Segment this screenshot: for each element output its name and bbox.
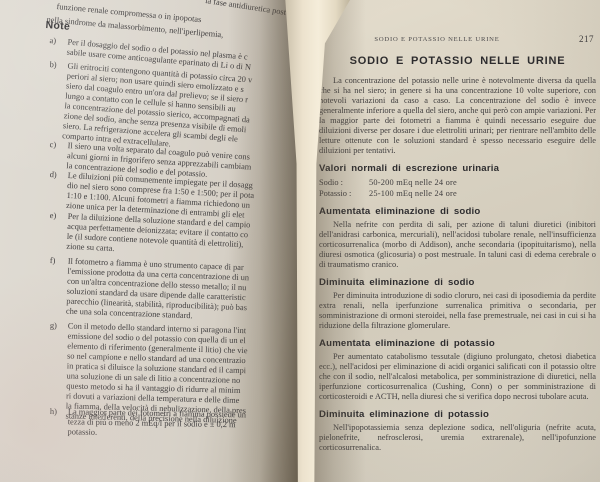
value-row-potassium: Potassio : 25-100 mEq nelle 24 ore (319, 188, 596, 199)
running-header: SODIO E POTASSIO NELLE URINE (318, 36, 556, 43)
section-heading-increased-sodium: Aumentata eliminazione di sodio (319, 207, 596, 217)
section-paragraph: Nell'ipopotassiemia senza deplezione sod… (319, 423, 596, 453)
page-number: 217 (579, 34, 594, 44)
note-item-label: h) (50, 407, 57, 417)
section-paragraph: Per aumentato catabolismo tessutale (dig… (319, 352, 596, 402)
note-item-label: g) (50, 321, 57, 331)
note-item-label: d) (49, 170, 57, 180)
left-page: la fase antidiuretica post-opera funzion… (0, 0, 312, 482)
value-text: 25-100 mEq nelle 24 ore (369, 188, 596, 199)
value-row-sodium: Sodio : 50-200 mEq nelle 24 ore (319, 177, 596, 188)
note-item-f: f) Il fotometro a fiamma è uno strumento… (48, 256, 312, 326)
section-heading-decreased-potassium: Diminuita eliminazione di potassio (319, 410, 596, 420)
right-page-text: SODIO E POTASSIO NELLE URINE La concentr… (319, 56, 596, 453)
section-heading-increased-potassium: Aumentata eliminazione di potassio (319, 339, 596, 349)
note-item-text: La maggior parte dei fotometri a fiamma … (67, 407, 312, 442)
section-paragraph: Nella nefrite con perdita di sali, per a… (319, 220, 596, 270)
running-header-row: SODIO E POTASSIO NELLE URINE 217 (318, 36, 596, 48)
normal-values-heading: Valori normali di escrezione urinaria (319, 164, 596, 174)
note-item-label: b) (49, 60, 57, 71)
section-paragraph: Per diminuita introduzione di sodio clor… (319, 291, 596, 331)
note-item-label: c) (49, 140, 56, 150)
note-item-label: a) (49, 36, 56, 47)
intro-paragraph: La concentrazione del potassio nelle uri… (319, 76, 596, 156)
open-book-photo: la fase antidiuretica post-opera funzion… (0, 0, 600, 482)
top-fragment-line: la fase antidiuretica post-opera (205, 0, 308, 21)
section-heading-decreased-sodium: Diminuita eliminazione di sodio (319, 278, 596, 288)
note-heading: Note (45, 20, 70, 32)
note-item-label: f) (50, 256, 56, 266)
left-page-text: la fase antidiuretica post-opera funzion… (0, 0, 312, 482)
page-title: SODIO E POTASSIO NELLE URINE (319, 56, 596, 66)
value-text: 50-200 mEq nelle 24 ore (369, 177, 596, 188)
value-label: Sodio : (319, 177, 369, 188)
value-label: Potassio : (319, 188, 369, 199)
note-item-h: h) La maggior parte dei fotometri a fiam… (49, 407, 312, 442)
note-item-label: e) (50, 211, 57, 221)
note-item-text: Il fotometro a fiamma è uno strumento ca… (66, 257, 312, 327)
right-page: SODIO E POTASSIO NELLE URINE 217 SODIO E… (312, 0, 600, 482)
